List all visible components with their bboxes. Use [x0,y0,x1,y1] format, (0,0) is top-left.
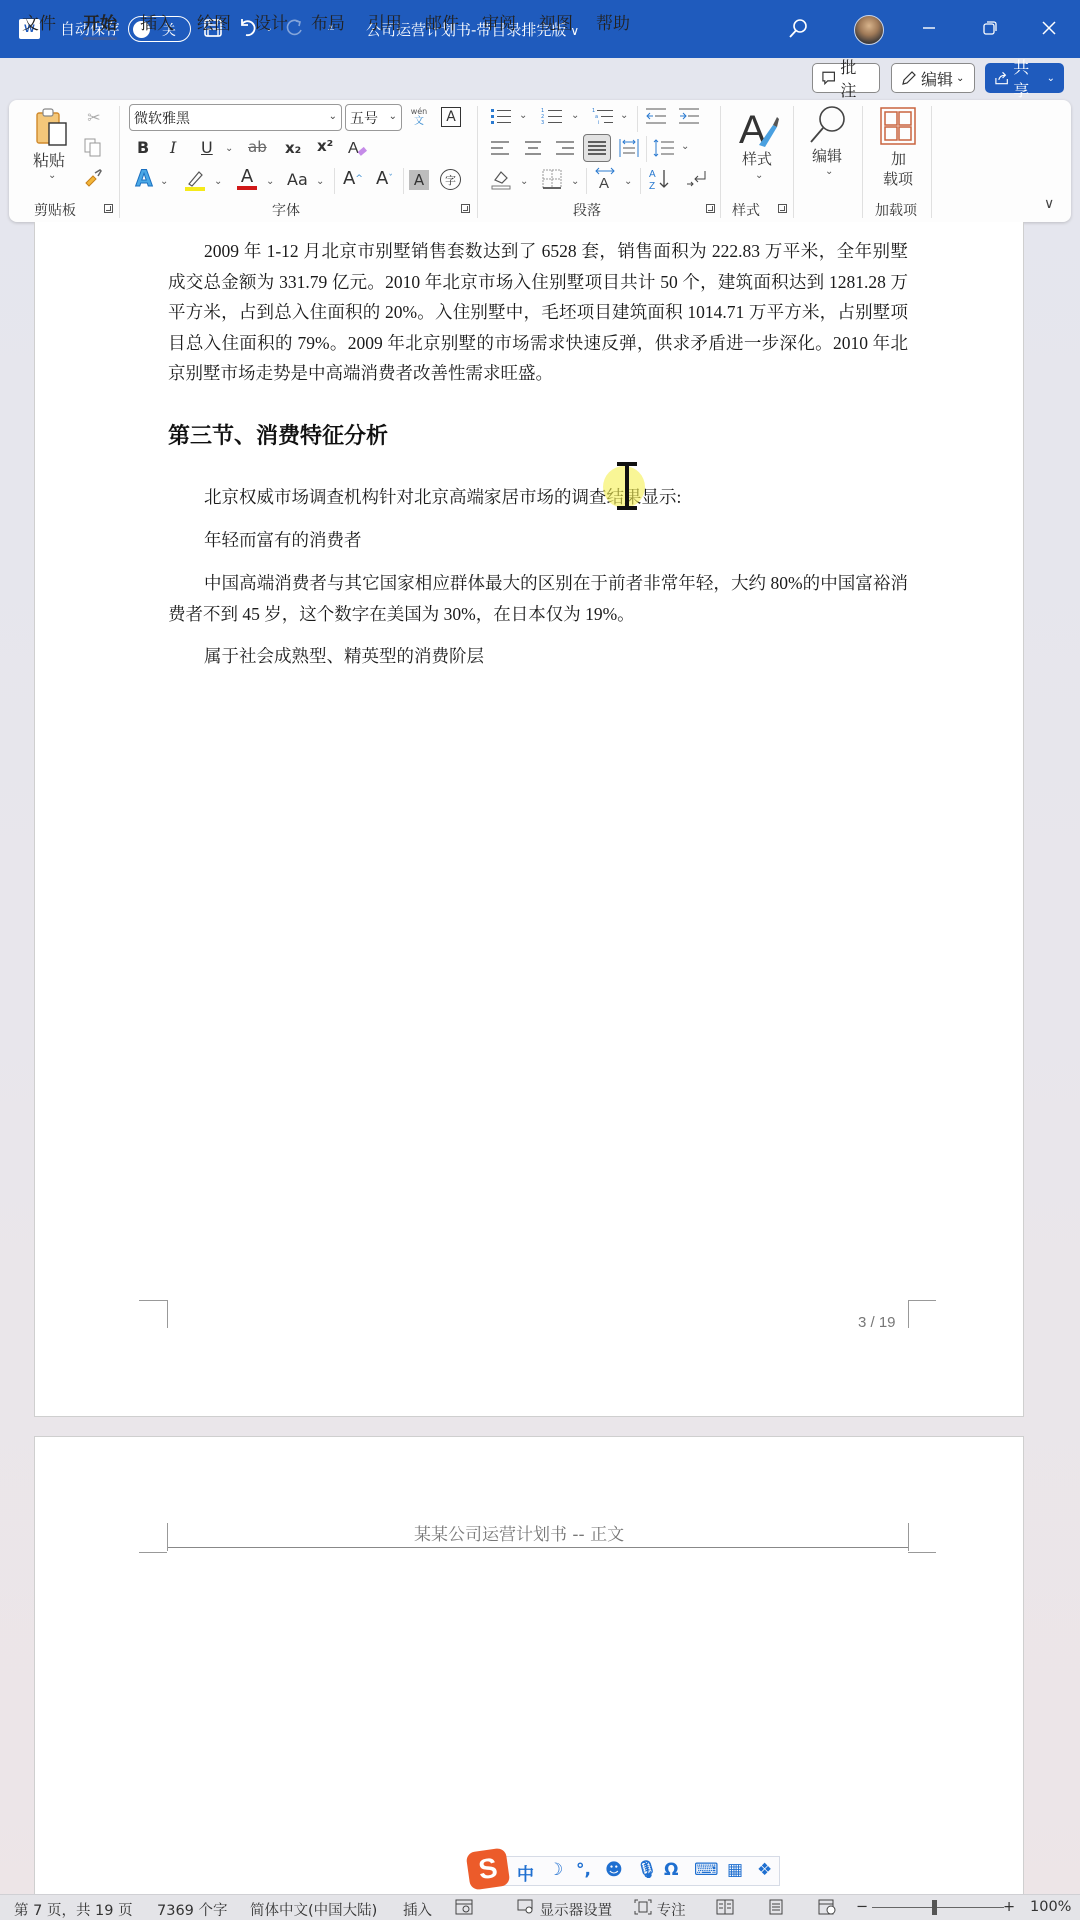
character-border-icon[interactable]: A [441,107,461,127]
status-bar: 第 7 页，共 19 页 7369 个字 简体中文(中国大陆) 插入 显示器设置… [0,1894,1080,1920]
separator [403,168,404,194]
insert-mode[interactable]: 插入 [403,1899,432,1920]
paragraph[interactable]: 2009 年 1-12 月北京市别墅销售套数达到了 6528 套，销售面积为 2… [168,236,908,389]
page-number: 3 / 19 [858,1314,896,1331]
pencil-icon [900,69,918,87]
display-settings-label: 显示器设置 [540,1903,613,1919]
group-separator [119,106,120,218]
crop-mark [908,1523,909,1551]
font-size-value: 五号 [350,111,378,127]
clipboard-group-label: 剪贴板 [34,200,76,220]
editing-button[interactable]: 编辑 [812,145,842,166]
justify-icon[interactable] [583,134,611,162]
language[interactable]: 简体中文(中国大陆) [250,1899,377,1920]
focus-icon [634,1899,652,1915]
clipboard-launcher-icon[interactable] [104,204,113,213]
font-color-icon[interactable]: A [236,166,258,192]
highlight-dropdown-icon[interactable]: ⌄ [214,176,222,187]
superscript-button[interactable]: x² [317,137,333,155]
tab-view[interactable]: 视图 [539,9,573,34]
svg-text:i: i [598,120,599,125]
character-spacing-icon[interactable]: A [593,166,617,190]
restore-icon[interactable] [979,14,1001,42]
separator [586,168,587,194]
enclose-characters-icon[interactable]: 字 [440,169,461,190]
chevron-down-icon: ⌄ [389,111,397,122]
svg-text:Z: Z [649,181,655,191]
collapse-ribbon-icon[interactable]: ∨ [1044,196,1054,212]
styles-dropdown-icon[interactable]: ⌄ [755,170,763,181]
styles-launcher-icon[interactable] [778,204,787,213]
crop-mark [167,1523,168,1551]
tab-home[interactable]: 开始 [83,9,117,34]
page-header[interactable]: 某某公司运营计划书 -- 正文 [414,1520,624,1545]
distributed-icon[interactable] [618,137,640,159]
page-count[interactable]: 第 7 页，共 19 页 [14,1899,133,1920]
document-page [34,1436,1024,1896]
tab-help[interactable]: 帮助 [596,9,630,34]
borders-icon[interactable] [541,168,563,190]
editing-mode-label: 编辑 [921,67,953,90]
bullets-dropdown-icon[interactable]: ⌄ [519,110,527,121]
paste-label[interactable]: 粘贴 [33,148,65,171]
bullets-icon[interactable] [490,106,512,126]
font-launcher-icon[interactable] [461,204,470,213]
section-heading[interactable]: 第三节、消费特征分析 [168,419,388,450]
numbering-dropdown-icon[interactable]: ⌄ [571,110,579,121]
crop-mark [908,1300,909,1328]
print-layout-icon[interactable] [768,1899,784,1919]
multilevel-list-icon[interactable]: 1ai [592,106,614,126]
tab-design[interactable]: 设计 [254,9,288,34]
web-layout-icon[interactable] [818,1899,836,1919]
svg-text:A: A [649,169,656,180]
avatar[interactable] [854,15,884,45]
focus-label: 专注 [657,1903,686,1919]
paste-dropdown-icon[interactable]: ⌄ [48,170,56,181]
accessibility-icon[interactable] [455,1899,473,1919]
highlight-icon[interactable] [183,168,207,192]
display-settings-button[interactable]: 显示器设置 [517,1899,612,1920]
increase-indent-icon[interactable] [678,106,700,126]
tab-review[interactable]: 审阅 [482,9,516,34]
font-group-label: 字体 [272,200,300,220]
keyboard-icon[interactable]: ⌨ [694,1860,719,1880]
paragraph-launcher-icon[interactable] [706,204,715,213]
add-ins-icon[interactable] [880,107,916,145]
zoom-slider[interactable] [872,1907,1004,1908]
sogou-logo[interactable]: S [466,1847,511,1890]
word-count[interactable]: 7369 个字 [157,1899,228,1920]
omega-icon[interactable]: Ω [664,1860,678,1880]
zoom-out-button[interactable]: − [856,1899,868,1915]
separator [646,136,647,162]
strikethrough-button[interactable]: ab [248,138,267,156]
add-ins-label-1[interactable]: 加 [891,148,906,169]
paragraph[interactable]: 中国高端消费者与其它国家相应群体最大的区别在于前者非常年轻，大约 80%的中国富… [168,568,908,629]
shading-dropdown-icon[interactable]: ⌄ [520,176,528,187]
tab-insert[interactable]: 插入 [140,9,174,34]
ime-mode-toggle[interactable]: 中 [517,1860,534,1885]
text-cursor-icon [615,462,639,510]
cut-icon[interactable]: ✂ [84,107,104,127]
character-spacing-dropdown-icon[interactable]: ⌄ [624,176,632,187]
bold-button[interactable]: B [137,138,149,157]
minimize-icon[interactable] [918,14,940,42]
separator [640,168,641,194]
apps-icon[interactable]: ▦ [727,1860,743,1880]
comments-label: 批注 [840,55,871,101]
grow-font-icon[interactable]: A^ [343,168,363,189]
line-spacing-icon[interactable] [652,137,676,159]
text-effects-icon[interactable]: A [133,168,155,190]
styles-group-label: 样式 [732,200,760,220]
paragraph[interactable]: 属于社会成熟型、精英型的消费阶层 [168,641,908,672]
phonetic-guide-icon[interactable]: wén 文 [410,104,428,130]
paragraph[interactable]: 年轻而富有的消费者 [168,525,908,556]
group-separator [793,106,794,218]
tab-references[interactable]: 引用 [368,9,402,34]
line-spacing-dropdown-icon[interactable]: ⌄ [681,141,689,152]
phonetic-char: 文 [414,117,424,127]
header-rule [168,1547,908,1548]
copy-icon[interactable] [82,137,104,159]
tab-layout[interactable]: 布局 [311,9,345,34]
align-left-icon[interactable] [489,137,511,159]
find-icon[interactable] [808,104,848,148]
numbering-icon[interactable]: 123 [541,106,563,126]
align-right-icon[interactable] [554,137,576,159]
change-case-button[interactable]: Aa [287,170,308,189]
text-effects-dropdown-icon[interactable]: ⌄ [160,176,168,187]
share-icon [994,70,1009,86]
separator [334,168,335,194]
zoom-slider-thumb[interactable] [932,1900,937,1915]
group-separator [477,106,478,218]
skin-icon[interactable]: ❖ [757,1860,772,1880]
shrink-font-icon[interactable]: Aˇ [376,168,393,189]
mic-icon[interactable]: 🎙︎ [636,1860,658,1880]
svg-text:3: 3 [541,120,544,125]
chevron-down-icon: ⌄ [956,73,964,84]
align-center-icon[interactable] [522,137,544,159]
font-name-combobox[interactable]: 微软雅黑 ⌄ [129,104,342,131]
change-case-dropdown-icon[interactable]: ⌄ [316,176,324,187]
show-formatting-marks-icon[interactable] [684,168,708,190]
font-size-combobox[interactable]: 五号 ⌄ [345,104,402,131]
comments-button[interactable]: 批注 [812,63,880,93]
format-painter-icon[interactable] [82,167,104,189]
styles-icon[interactable]: A [737,104,779,152]
crop-mark [167,1300,168,1328]
clear-formatting-icon[interactable]: A [345,136,369,160]
close-icon[interactable] [1038,14,1060,42]
svg-text:A: A [348,140,359,157]
zoom-in-button[interactable]: + [1003,1899,1015,1915]
tab-mailings[interactable]: 邮件 [425,9,459,34]
crop-mark [908,1552,936,1553]
decrease-indent-icon[interactable] [645,106,667,126]
paragraph[interactable]: 北京权威市场调查机构针对北京高端家居市场的调查结果显示: [168,482,908,513]
subscript-button[interactable]: x₂ [285,139,301,157]
font-color-dropdown-icon[interactable]: ⌄ [266,176,274,187]
document-page [34,222,1024,1417]
multilevel-dropdown-icon[interactable]: ⌄ [620,110,628,121]
focus-button[interactable]: 专注 [634,1899,686,1920]
tab-draw[interactable]: 绘图 [197,9,231,34]
separator [637,106,638,132]
group-separator [720,106,721,218]
font-name-value: 微软雅黑 [134,111,190,127]
underline-button[interactable]: U [201,138,213,157]
character-shading-icon[interactable]: A [409,170,429,190]
editing-dropdown-icon[interactable]: ⌄ [825,166,833,177]
italic-button[interactable]: I [170,138,176,157]
chevron-down-icon: ⌄ [329,111,337,122]
svg-text:A: A [599,175,609,190]
read-mode-icon[interactable] [716,1899,734,1919]
paragraph-group-label: 段落 [573,200,601,220]
crop-mark [139,1300,167,1301]
share-button[interactable]: 共享 ⌄ [985,63,1064,93]
group-separator [862,106,863,218]
comment-icon [821,70,836,86]
moon-icon[interactable]: ☽ [548,1860,563,1880]
add-ins-group-label: 加载项 [875,200,917,220]
share-label: 共享 [1013,55,1043,101]
tab-file[interactable]: 文件 [22,9,56,34]
display-settings-icon [517,1899,535,1915]
punctuation-icon[interactable]: °, [576,1860,591,1880]
add-ins-label-2[interactable]: 载项 [883,168,913,189]
borders-dropdown-icon[interactable]: ⌄ [571,176,579,187]
styles-button[interactable]: 样式 [742,148,772,169]
paste-icon[interactable] [34,106,70,150]
group-separator [931,106,932,218]
chevron-down-icon: ⌄ [1047,73,1055,84]
sort-icon[interactable]: AZ [648,167,672,191]
crop-mark [908,1300,936,1301]
editing-mode-button[interactable]: 编辑 ⌄ [891,63,975,93]
search-icon[interactable] [786,14,810,42]
emoji-icon[interactable]: ☻ [605,1860,623,1880]
shading-icon[interactable] [490,168,512,190]
underline-dropdown-icon[interactable]: ⌄ [225,143,233,154]
crop-mark [139,1552,167,1553]
zoom-level[interactable]: 100% [1030,1899,1071,1915]
